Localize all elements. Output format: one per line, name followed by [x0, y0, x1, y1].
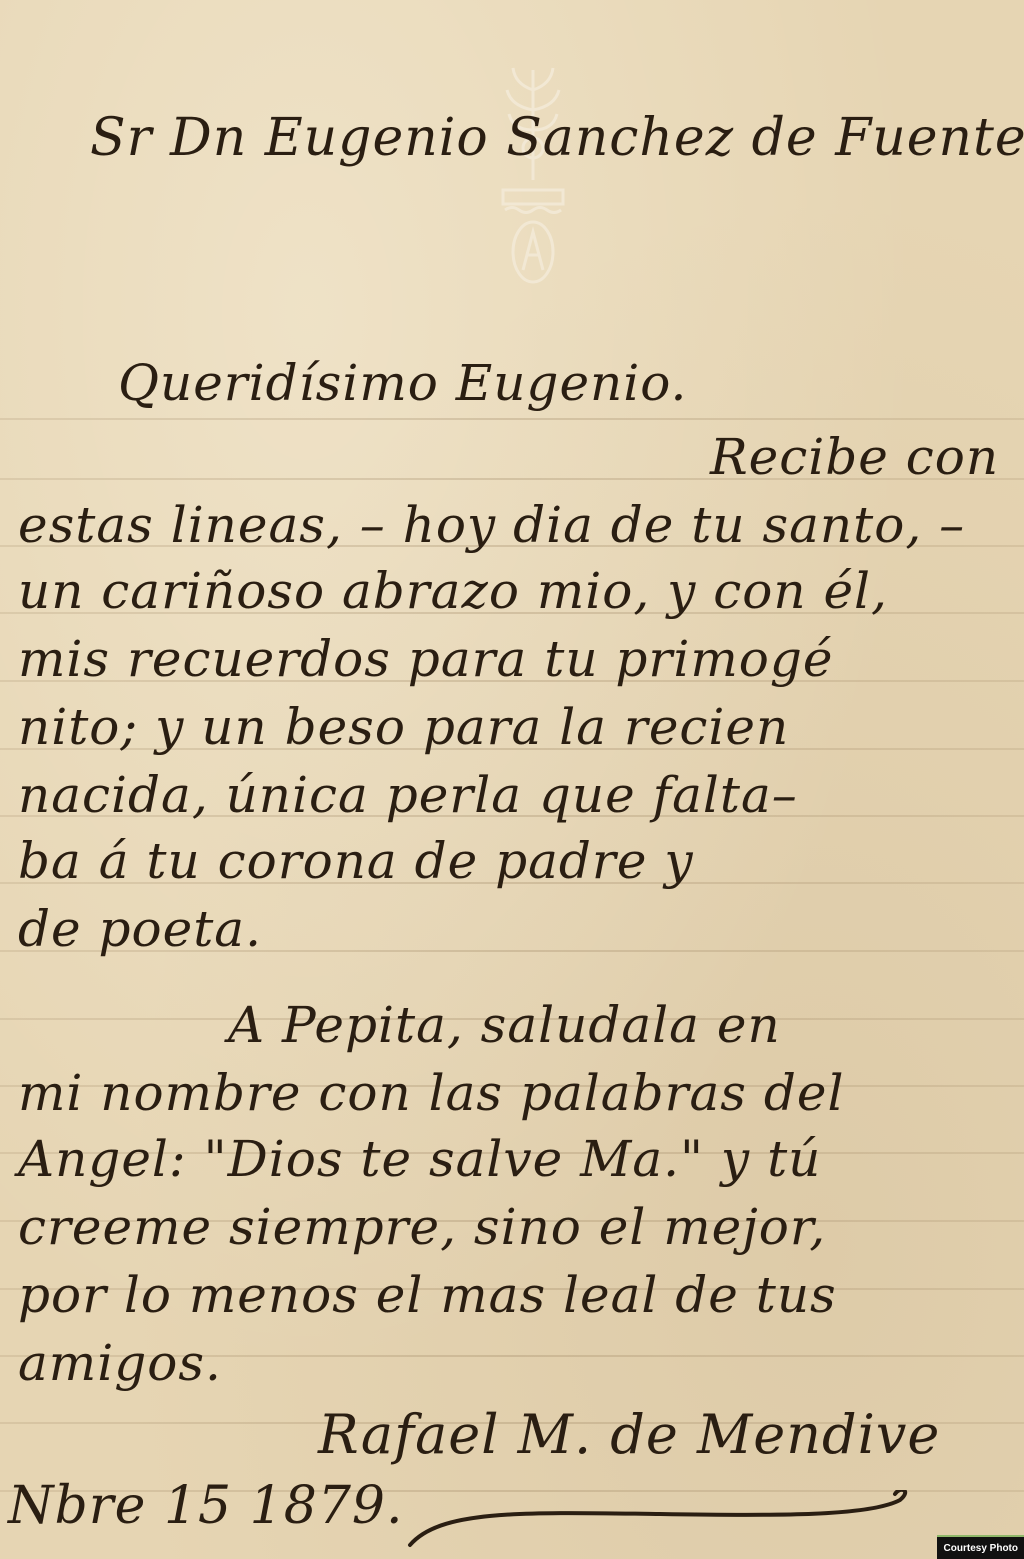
letter-page: Sr Dn Eugenio Sanchez de Fuentes Queridí…: [0, 0, 1024, 1559]
body-line: amigos.: [18, 1338, 222, 1388]
ruled-line: [0, 418, 1024, 420]
body-line: creeme siempre, sino el mejor,: [18, 1202, 826, 1252]
body-line: ba á tu corona de padre y: [18, 836, 694, 886]
body-line: mis recuerdos para tu primogé: [18, 634, 833, 684]
body-line: nacida, única perla que falta–: [18, 770, 798, 820]
body-line: mi nombre con las palabras del: [18, 1068, 844, 1118]
body-line: Recibe con: [710, 432, 999, 482]
body-line: nito; y un beso para la recien: [18, 702, 789, 752]
body-line: Angel: "Dios te salve Ma." y tú: [18, 1134, 821, 1184]
embossed-crest-icon: [493, 60, 573, 290]
courtesy-photo-badge: Courtesy Photo: [937, 1535, 1024, 1559]
signature-flourish-icon: [400, 1490, 920, 1550]
signature: Rafael M. de Mendive: [318, 1408, 940, 1462]
date-line: Nbre 15 1879.: [8, 1480, 404, 1532]
salutation: Queridísimo Eugenio.: [118, 358, 687, 408]
body-line: estas lineas, – hoy dia de tu santo, –: [18, 500, 965, 550]
body-line: un cariñoso abrazo mio, y con él,: [18, 566, 888, 616]
body-line: de poeta.: [18, 904, 262, 954]
body-line: por lo menos el mas leal de tus: [18, 1270, 837, 1320]
body-line: A Pepita, saludala en: [228, 1000, 781, 1050]
address-line: Sr Dn Eugenio Sanchez de Fuentes: [90, 112, 1024, 164]
